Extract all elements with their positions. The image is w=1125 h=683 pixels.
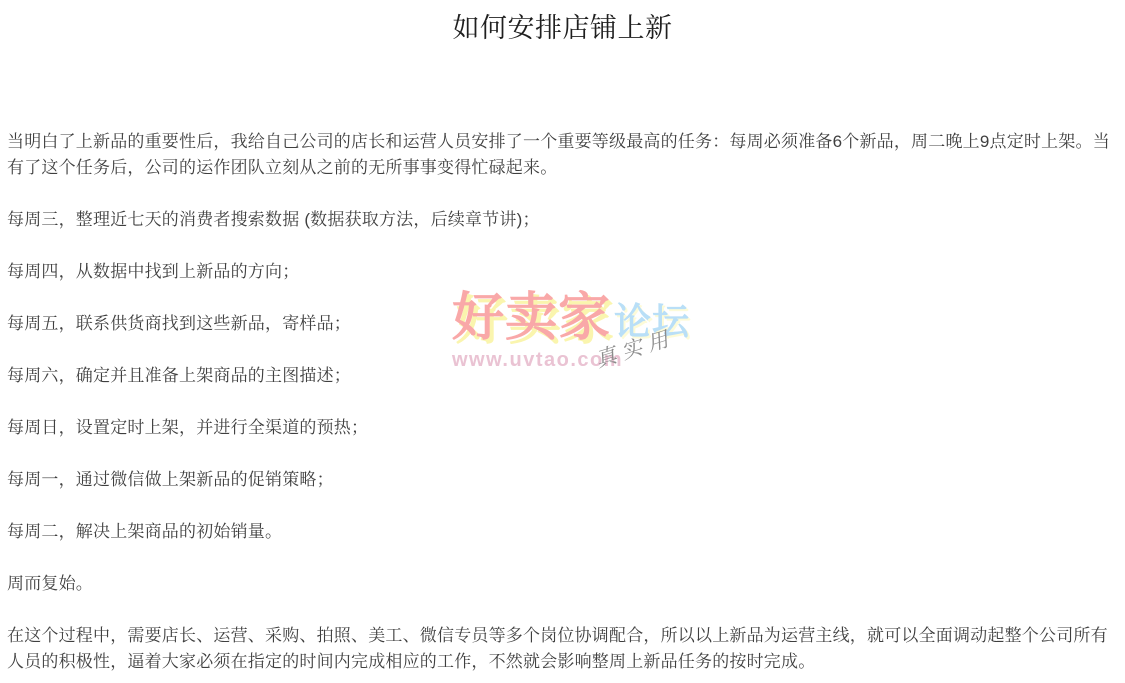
article-body: 当明白了上新品的重要性后，我给自己公司的店长和运营人员安排了一个重要等级最高的任… <box>0 45 1125 675</box>
paragraph-conclusion: 在这个过程中，需要店长、运营、采购、拍照、美工、微信专员等多个岗位协调配合，所以… <box>7 623 1119 675</box>
paragraph-monday: 每周一，通过微信做上架新品的促销策略； <box>7 467 1119 493</box>
paragraph-tuesday: 每周二，解决上架商品的初始销量。 <box>7 519 1119 545</box>
paragraph-saturday: 每周六，确定并且准备上架商品的主图描述； <box>7 363 1119 389</box>
page-title: 如何安排店铺上新 <box>0 0 1125 45</box>
paragraph-sunday: 每周日，设置定时上架，并进行全渠道的预热； <box>7 415 1119 441</box>
paragraph-cycle: 周而复始。 <box>7 571 1119 597</box>
paragraph-intro: 当明白了上新品的重要性后，我给自己公司的店长和运营人员安排了一个重要等级最高的任… <box>7 129 1119 181</box>
paragraph-friday: 每周五，联系供货商找到这些新品，寄样品； <box>7 311 1119 337</box>
paragraph-thursday: 每周四，从数据中找到上新品的方向； <box>7 259 1119 285</box>
paragraph-wednesday: 每周三，整理近七天的消费者搜索数据 (数据获取方法，后续章节讲)； <box>7 207 1119 233</box>
article-page: 如何安排店铺上新 当明白了上新品的重要性后，我给自己公司的店长和运营人员安排了一… <box>0 0 1125 683</box>
